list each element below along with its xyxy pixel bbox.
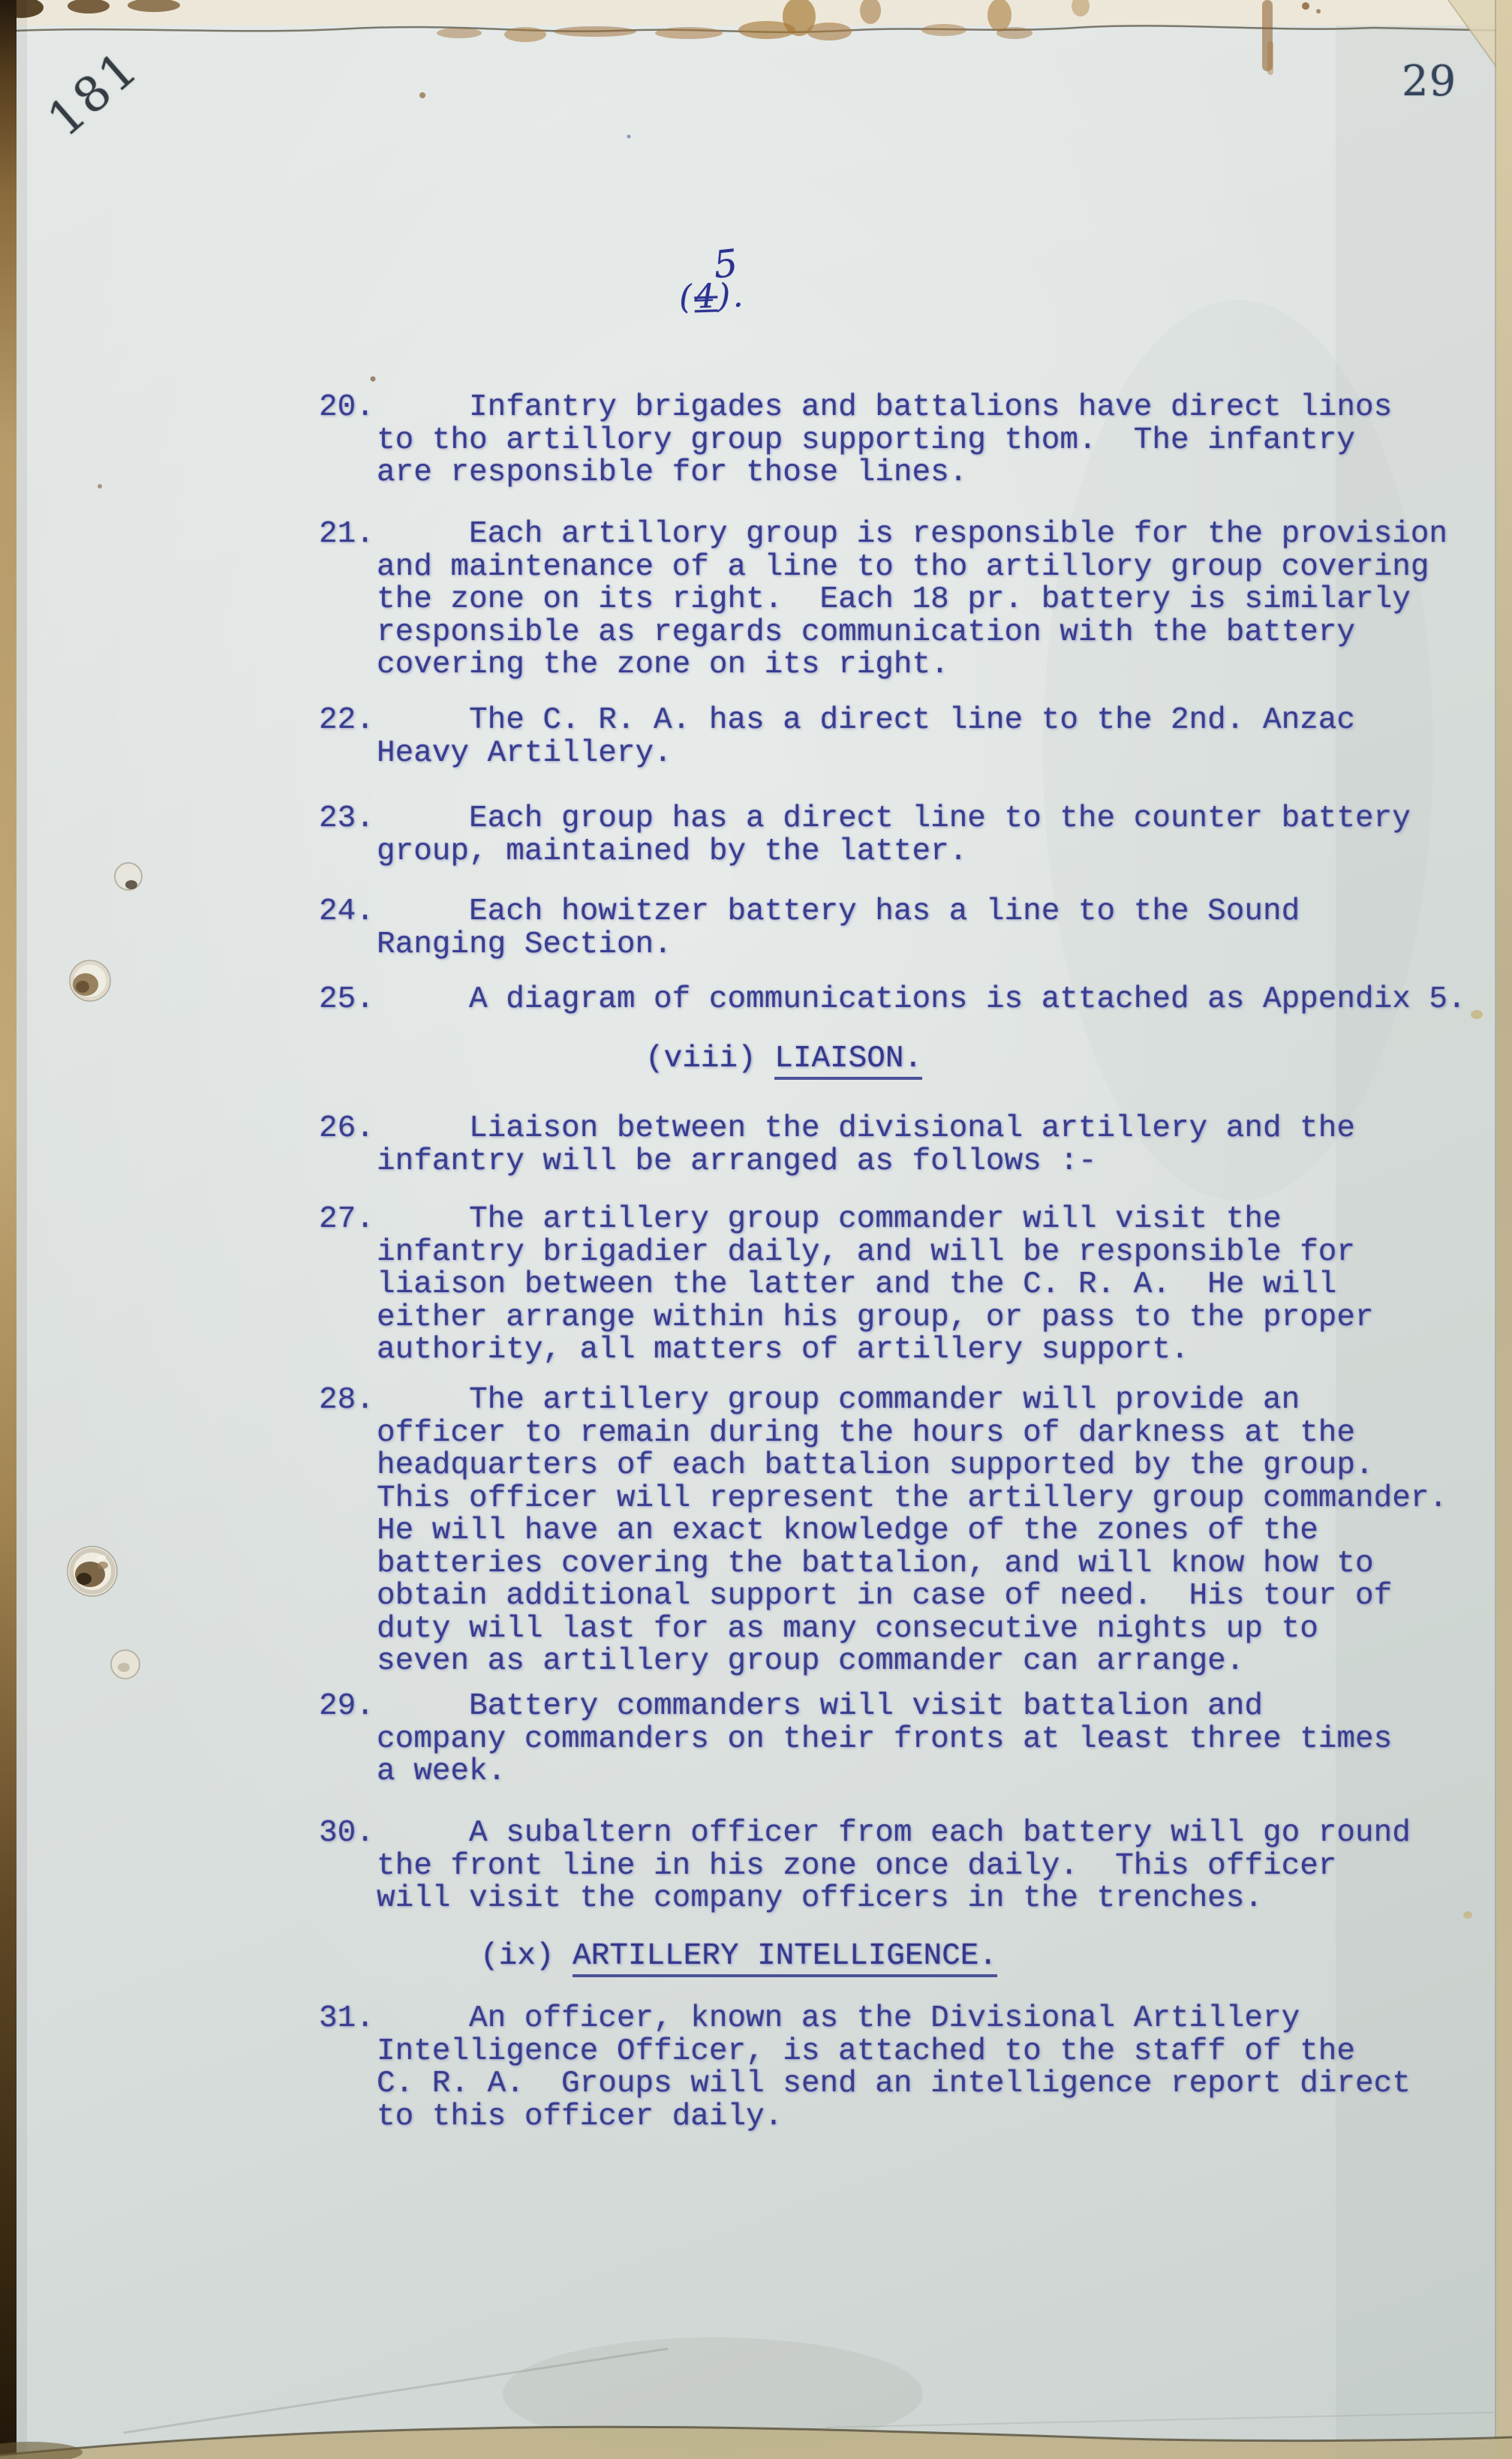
paragraph-text: Battery commanders will visit battalion …	[377, 1691, 1495, 1789]
paragraph-text: A subaltern officer from each battery wi…	[377, 1817, 1495, 1916]
top-edge	[0, 0, 1512, 89]
heading-title: ARTILLERY INTELLIGENCE.	[573, 1939, 997, 1977]
folio-old-number: (4).	[678, 277, 814, 314]
bottom-edge	[0, 2349, 1512, 2459]
paragraph-text: An officer, known as the Divisional Arti…	[377, 2003, 1495, 2133]
paragraph-number: 24.	[319, 896, 374, 929]
paragraph-text: Each artillory group is responsible for …	[377, 519, 1495, 682]
paragraph-text: The artillery group commander will visit…	[377, 1204, 1495, 1367]
heading-liaison: (viii) LIAISON.	[645, 1043, 922, 1076]
paragraph-number: 27.	[319, 1204, 374, 1237]
paragraph-text: Infantry brigades and battalions have di…	[377, 392, 1495, 490]
folio-struck-digit: 4	[693, 277, 718, 316]
heading-prefix: (ix)	[480, 1939, 573, 1974]
paragraph-text: Each howitzer battery has a line to the …	[377, 896, 1495, 961]
paragraph-number: 26.	[319, 1113, 374, 1146]
right-page-edge	[1495, 0, 1512, 2459]
paragraph-number: 20.	[319, 392, 374, 425]
paragraph-number: 22.	[319, 705, 374, 738]
folio-paren-close: ).	[717, 276, 746, 315]
paragraph-text: Each group has a direct line to the coun…	[377, 803, 1495, 868]
paragraph-number: 29.	[319, 1691, 374, 1724]
paragraph-text: A diagram of communications is attached …	[377, 984, 1495, 1017]
paragraph-number: 23.	[319, 803, 374, 836]
paragraph-text: Liaison between the divisional artillery…	[377, 1113, 1495, 1178]
archive-stamp-181: 181	[38, 40, 150, 148]
paragraph-number: 31.	[319, 2003, 374, 2036]
left-binding-edge	[0, 0, 27, 2459]
paragraph-number: 25.	[319, 984, 374, 1017]
heading-artillery-intelligence: (ix) ARTILLERY INTELLIGENCE.	[480, 1940, 997, 1974]
heading-prefix: (viii)	[645, 1042, 774, 1076]
paragraph-number: 21.	[319, 519, 374, 552]
page-number: 29	[1402, 57, 1456, 106]
heading-title: LIAISON.	[774, 1042, 922, 1080]
folio-paren-open: (	[678, 278, 695, 317]
punch-holes	[68, 863, 142, 1679]
paragraph-text: The C. R. A. has a direct line to the 2n…	[377, 705, 1495, 770]
paragraph-number: 30.	[319, 1817, 374, 1850]
document-scan-page: 181 29 5 (4). 20. Infantry brigades and …	[0, 0, 1512, 2459]
folio-correction: 5 (4).	[679, 245, 814, 312]
paragraph-text: The artillery group commander will provi…	[377, 1384, 1495, 1679]
paragraph-number: 28.	[319, 1384, 374, 1417]
